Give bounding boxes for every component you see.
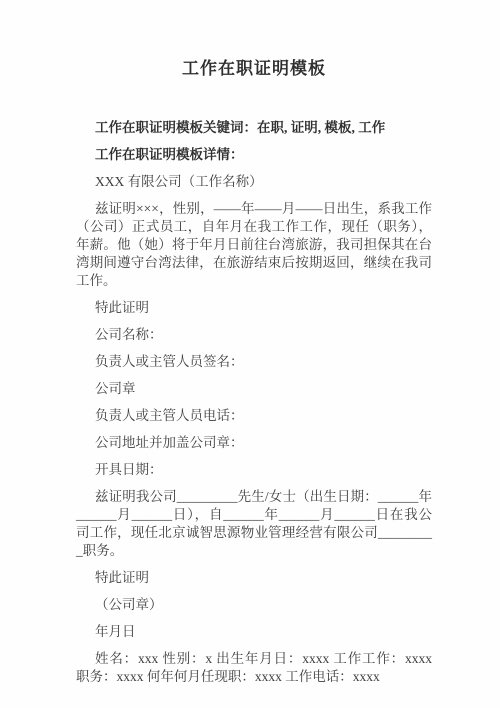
signer-phone-label: 负责人或主管人员电话： xyxy=(76,407,432,425)
company-seal-label: 公司章 xyxy=(76,380,432,398)
company-name-label: 公司名称： xyxy=(76,326,432,344)
fill-in-blanks-paragraph: 兹证明我公司_________先生/女士（出生日期：______年______月… xyxy=(76,488,432,560)
keywords-line: 工作在职证明模板关键词：在职, 证明, 模板, 工作 xyxy=(76,119,432,137)
summary-fields-paragraph: 姓名：xxx 性别：x 出生年月日：xxxx 工作工作：xxxx 职务：xxxx… xyxy=(76,650,432,686)
details-heading: 工作在职证明模板详情： xyxy=(76,146,432,164)
issue-date-label: 开具日期： xyxy=(76,461,432,479)
certificate-body-paragraph: 兹证明×××，性别，——年——月——日出生，系我工作（公司）正式员工，自年月在我… xyxy=(76,200,432,290)
document-title: 工作在职证明模板 xyxy=(76,57,432,80)
date-placeholder-line: 年月日 xyxy=(76,623,432,641)
company-seal-line: （公司章） xyxy=(76,596,432,614)
signer-signature-label: 负责人或主管人员签名： xyxy=(76,353,432,371)
document-page: 工作在职证明模板 工作在职证明模板关键词：在职, 证明, 模板, 工作 工作在职… xyxy=(0,0,500,708)
company-address-label: 公司地址并加盖公司章： xyxy=(76,434,432,452)
company-name-line: XXX 有限公司（工作名称） xyxy=(76,173,432,191)
hereby-certify-line-2: 特此证明 xyxy=(76,569,432,587)
hereby-certify-line-1: 特此证明 xyxy=(76,299,432,317)
document-content: 工作在职证明模板 工作在职证明模板关键词：在职, 证明, 模板, 工作 工作在职… xyxy=(0,0,500,686)
